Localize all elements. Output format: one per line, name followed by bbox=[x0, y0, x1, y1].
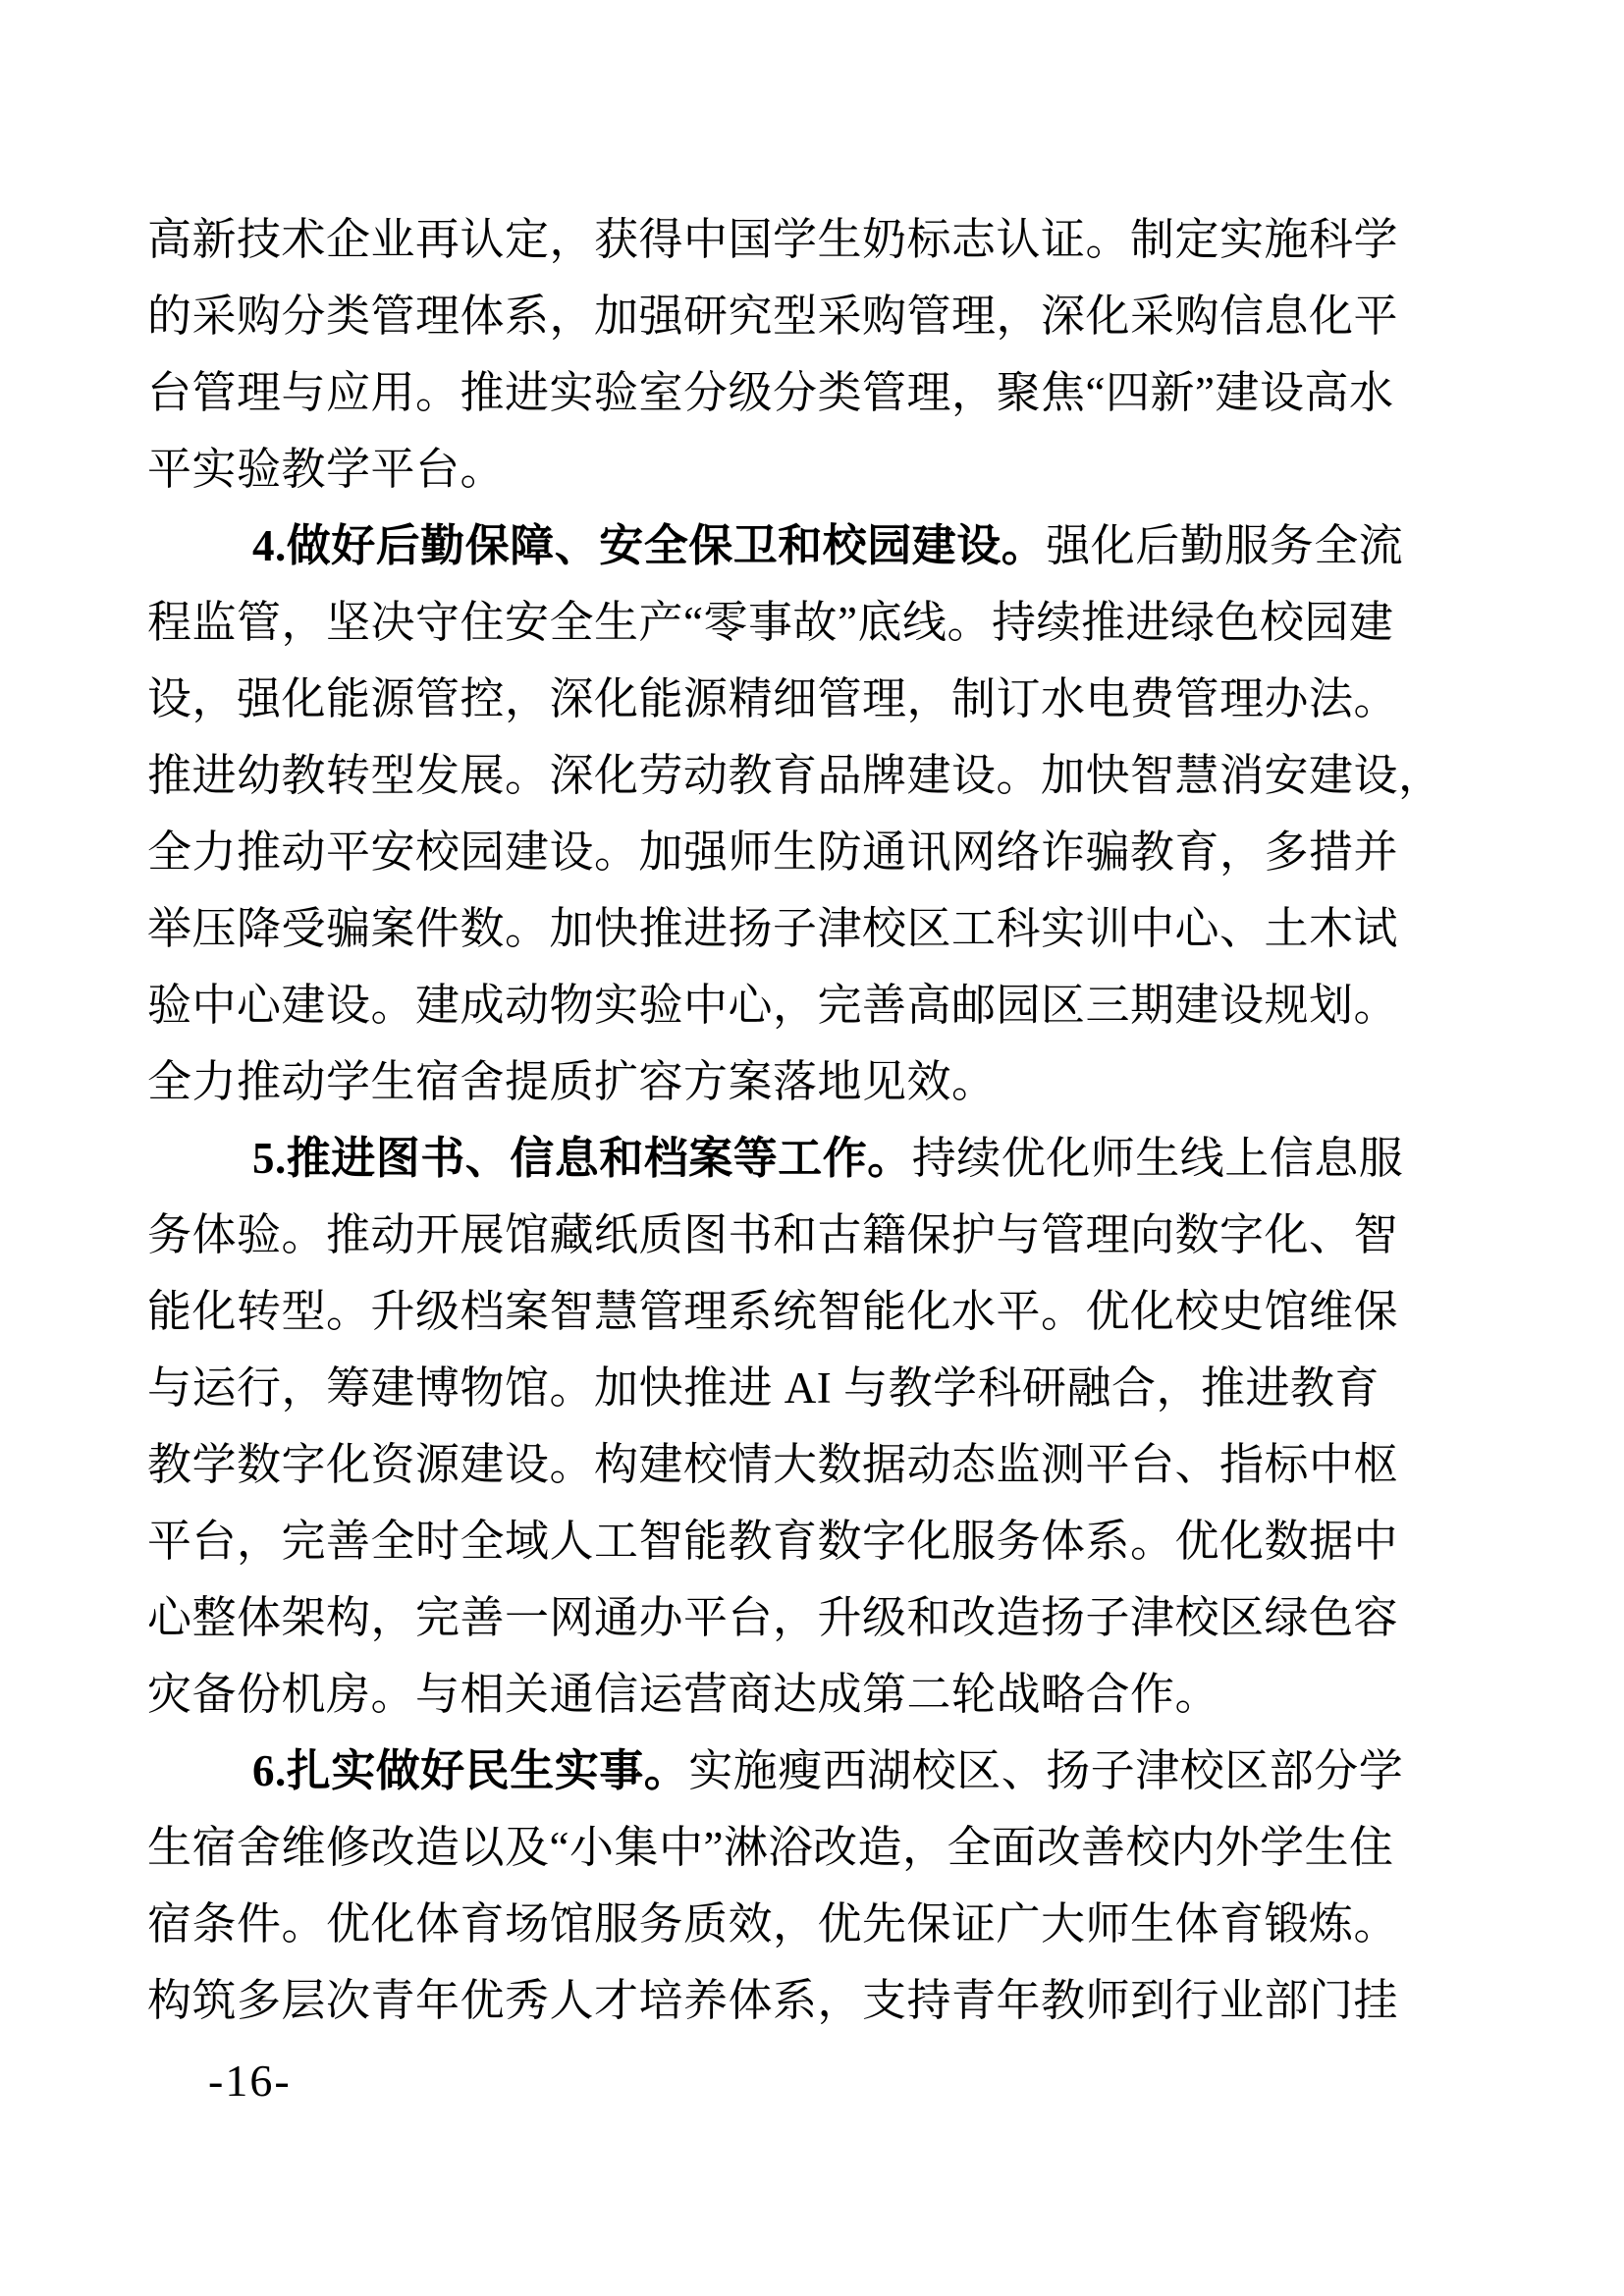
body-text: 灾备份机房。与相关通信运营商达成第二轮战略合作。 bbox=[147, 1670, 1219, 1719]
body-text: 平实验教学平台。 bbox=[147, 445, 505, 494]
text-line: 高新技术企业再认定，获得中国学生奶标志认证。制定实施科学 bbox=[147, 201, 1443, 278]
body-text: 教学数字化资源建设。构建校情大数据动态监测平台、指标中枢 bbox=[147, 1440, 1398, 1489]
body-text: 心整体架构，完善一网通办平台，升级和改造扬子津校区绿色容 bbox=[147, 1593, 1398, 1642]
body-text: 程监管，坚决守住安全生产“零事故”底线。持续推进绿色校园建 bbox=[147, 598, 1393, 647]
paragraph-2: 4.做好后勤保障、安全保卫和校园建设。强化后勤服务全流程监管，坚决守住安全生产“… bbox=[147, 507, 1443, 1120]
text-line: 的采购分类管理体系，加强研究型采购管理，深化采购信息化平 bbox=[147, 278, 1443, 354]
body-text: 高新技术企业再认定，获得中国学生奶标志认证。制定实施科学 bbox=[147, 215, 1398, 264]
text-line: 与运行，筹建博物馆。加快推进 AI 与教学科研融合，推进教育 bbox=[147, 1350, 1443, 1426]
text-line: 灾备份机房。与相关通信运营商达成第二轮战略合作。 bbox=[147, 1656, 1443, 1733]
text-line: 推进幼教转型发展。深化劳动教育品牌建设。加快智慧消安建设， bbox=[147, 737, 1443, 814]
section-heading-text: 6.扎实做好民生实事。 bbox=[252, 1746, 688, 1795]
body-text: 全力推动学生宿舍提质扩容方案落地见效。 bbox=[147, 1057, 997, 1106]
text-line: 生宿舍维修改造以及“小集中”淋浴改造，全面改善校内外学生住 bbox=[147, 1809, 1443, 1886]
text-line: 教学数字化资源建设。构建校情大数据动态监测平台、指标中枢 bbox=[147, 1426, 1443, 1503]
text-line: 举压降受骗案件数。加快推进扬子津校区工科实训中心、土木试 bbox=[147, 890, 1443, 967]
paragraph-3: 5.推进图书、信息和档案等工作。持续优化师生线上信息服务体验。推动开展馆藏纸质图… bbox=[147, 1120, 1443, 1733]
section-heading-text: 5.推进图书、信息和档案等工作。 bbox=[252, 1134, 912, 1183]
document-page: 高新技术企业再认定，获得中国学生奶标志认证。制定实施科学的采购分类管理体系，加强… bbox=[0, 0, 1624, 2296]
body-text: 构筑多层次青年优秀人才培养体系，支持青年教师到行业部门挂 bbox=[147, 1976, 1398, 2025]
body-text: 平台，完善全时全域人工智能教育数字化服务体系。优化数据中 bbox=[147, 1517, 1398, 1566]
body-text: 持续优化师生线上信息服 bbox=[912, 1134, 1404, 1183]
body-text: 宿条件。优化体育场馆服务质效，优先保证广大师生体育锻炼。 bbox=[147, 1899, 1398, 1949]
text-line: 6.扎实做好民生实事。实施瘦西湖校区、扬子津校区部分学 bbox=[147, 1733, 1443, 1809]
body-text: 推进幼教转型发展。深化劳动教育品牌建设。加快智慧消安建设， bbox=[147, 751, 1443, 800]
document-body: 高新技术企业再认定，获得中国学生奶标志认证。制定实施科学的采购分类管理体系，加强… bbox=[147, 201, 1443, 2039]
body-text: 台管理与应用。推进实验室分级分类管理，聚焦“四新”建设高水 bbox=[147, 368, 1393, 417]
body-text: 设，强化能源管控，深化能源精细管理，制订水电费管理办法。 bbox=[147, 674, 1398, 723]
text-line: 4.做好后勤保障、安全保卫和校园建设。强化后勤服务全流 bbox=[147, 507, 1443, 584]
body-text: 生宿舍维修改造以及“小集中”淋浴改造，全面改善校内外学生住 bbox=[147, 1823, 1393, 1872]
text-line: 宿条件。优化体育场馆服务质效，优先保证广大师生体育锻炼。 bbox=[147, 1886, 1443, 1962]
body-text: 全力推动平安校园建设。加强师生防通讯网络诈骗教育，多措并 bbox=[147, 828, 1398, 877]
text-line: 平台，完善全时全域人工智能教育数字化服务体系。优化数据中 bbox=[147, 1503, 1443, 1579]
body-text: 实施瘦西湖校区、扬子津校区部分学 bbox=[688, 1746, 1403, 1795]
body-text: 与运行，筹建博物馆。加快推进 AI 与教学科研融合，推进教育 bbox=[147, 1363, 1380, 1413]
body-text: 的采购分类管理体系，加强研究型采购管理，深化采购信息化平 bbox=[147, 292, 1398, 341]
text-line: 设，强化能源管控，深化能源精细管理，制订水电费管理办法。 bbox=[147, 661, 1443, 737]
body-text: 能化转型。升级档案智慧管理系统智能化水平。优化校史馆维保 bbox=[147, 1287, 1398, 1336]
body-text: 验中心建设。建成动物实验中心，完善高邮园区三期建设规划。 bbox=[147, 981, 1398, 1030]
text-line: 全力推动平安校园建设。加强师生防通讯网络诈骗教育，多措并 bbox=[147, 814, 1443, 890]
body-text: 举压降受骗案件数。加快推进扬子津校区工科实训中心、土木试 bbox=[147, 904, 1398, 953]
text-line: 全力推动学生宿舍提质扩容方案落地见效。 bbox=[147, 1043, 1443, 1120]
text-line: 务体验。推动开展馆藏纸质图书和古籍保护与管理向数字化、智 bbox=[147, 1197, 1443, 1273]
page-number: -16- bbox=[208, 2058, 292, 2104]
section-heading-text: 4.做好后勤保障、安全保卫和校园建设。 bbox=[252, 521, 1046, 570]
text-line: 心整体架构，完善一网通办平台，升级和改造扬子津校区绿色容 bbox=[147, 1579, 1443, 1656]
text-line: 5.推进图书、信息和档案等工作。持续优化师生线上信息服 bbox=[147, 1120, 1443, 1197]
body-text: 强化后勤服务全流 bbox=[1046, 521, 1403, 570]
text-line: 构筑多层次青年优秀人才培养体系，支持青年教师到行业部门挂 bbox=[147, 1962, 1443, 2039]
text-line: 能化转型。升级档案智慧管理系统智能化水平。优化校史馆维保 bbox=[147, 1273, 1443, 1350]
paragraph-1: 高新技术企业再认定，获得中国学生奶标志认证。制定实施科学的采购分类管理体系，加强… bbox=[147, 201, 1443, 507]
paragraph-4: 6.扎实做好民生实事。实施瘦西湖校区、扬子津校区部分学生宿舍维修改造以及“小集中… bbox=[147, 1733, 1443, 2039]
text-line: 台管理与应用。推进实验室分级分类管理，聚焦“四新”建设高水 bbox=[147, 354, 1443, 431]
text-line: 验中心建设。建成动物实验中心，完善高邮园区三期建设规划。 bbox=[147, 967, 1443, 1043]
text-line: 程监管，坚决守住安全生产“零事故”底线。持续推进绿色校园建 bbox=[147, 584, 1443, 661]
text-line: 平实验教学平台。 bbox=[147, 431, 1443, 507]
body-text: 务体验。推动开展馆藏纸质图书和古籍保护与管理向数字化、智 bbox=[147, 1210, 1398, 1259]
